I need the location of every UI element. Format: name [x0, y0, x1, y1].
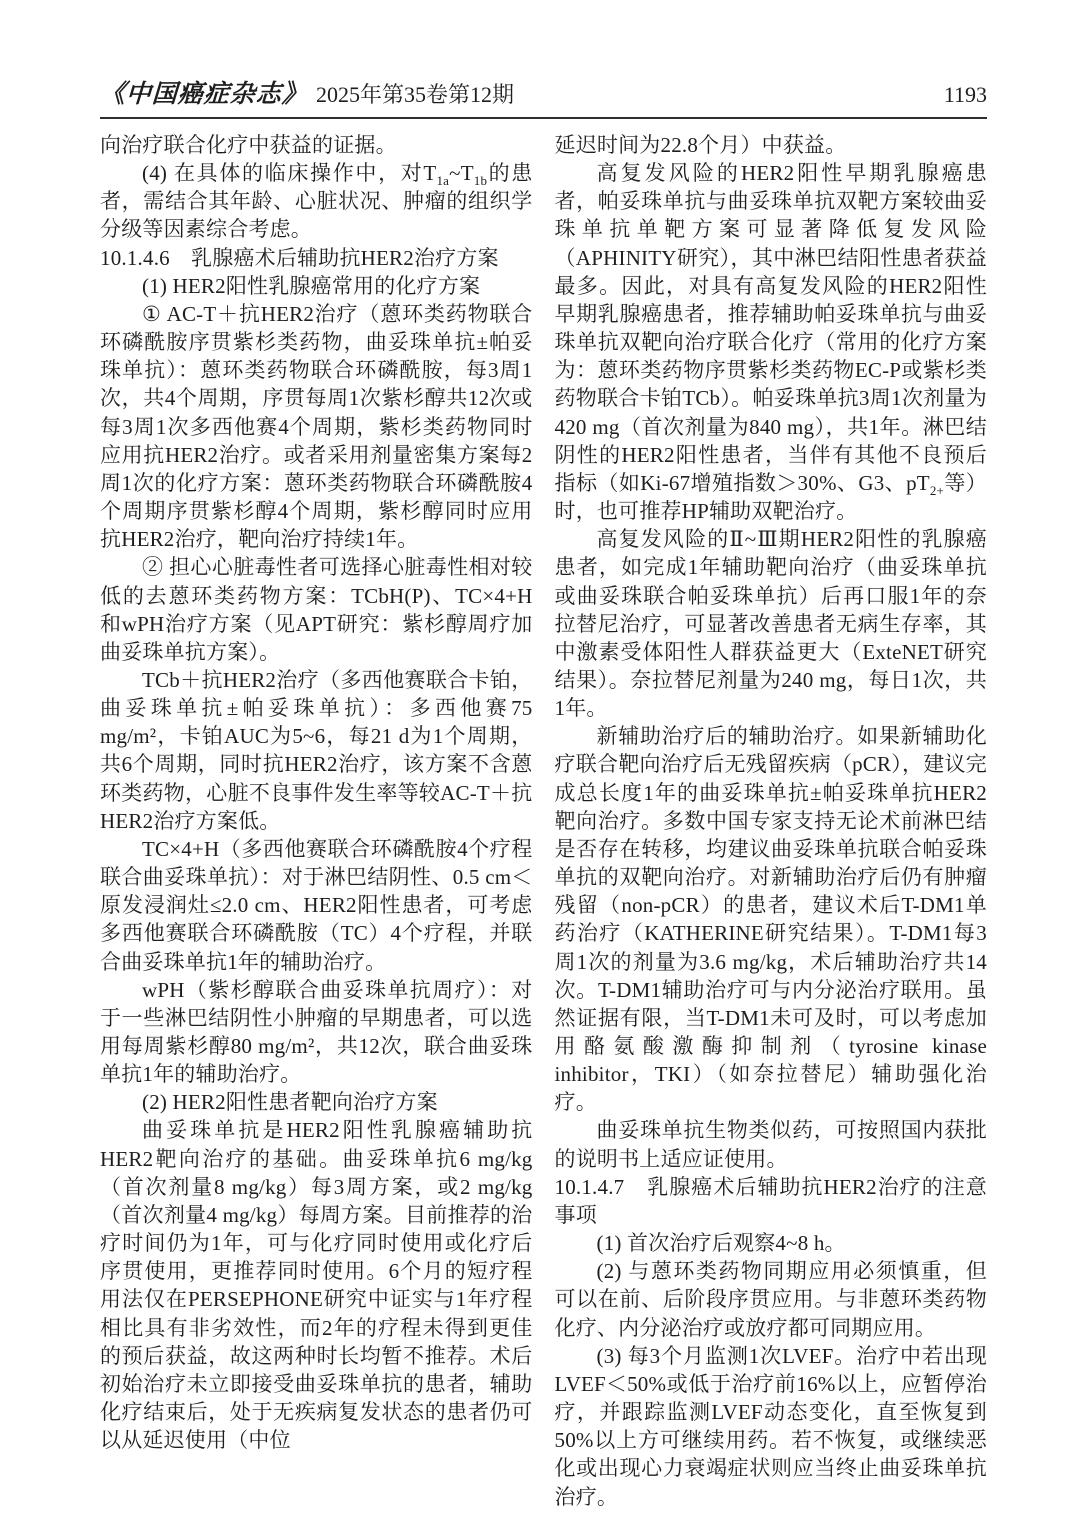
journal-page: 《中国癌症杂志》 2025年第35卷第12期 1193 向治疗联合化疗中获益的证… — [0, 0, 1080, 1515]
paragraph: (4) 在具体的临床操作中，对T1a~T1b的患者，需结合其年龄、心脏状况、肿瘤… — [100, 159, 533, 243]
paragraph: TC×4+H（多西他赛联合环磷酰胺4个疗程联合曲妥珠单抗）：对于淋巴结阴性、0.… — [100, 835, 533, 976]
paragraph: (1) HER2阳性乳腺癌常用的化疗方案 — [100, 272, 533, 300]
journal-title: 《中国癌症杂志》 — [99, 74, 309, 110]
page-header: 《中国癌症杂志》 2025年第35卷第12期 1193 — [100, 74, 987, 119]
issue-info: 2025年第35卷第12期 — [316, 78, 514, 109]
paragraph: (2) 与蒽环类药物同期应用必须慎重，但可以在前、后阶段序贯应用。与非蒽环类药物… — [555, 1257, 988, 1341]
paragraph: ② 担心心脏毒性者可选择心脏毒性相对较低的去蒽环类药物方案：TCbH(P)、TC… — [100, 553, 533, 666]
paragraph: (2) HER2阳性患者靶向治疗方案 — [100, 1088, 533, 1116]
paragraph: TCb＋抗HER2治疗（多西他赛联合卡铂，曲妥珠单抗±帕妥珠单抗）：多西他赛75… — [100, 666, 533, 835]
paragraph: (3) 每3个月监测1次LVEF。治疗中若出现LVEF＜50%或低于治疗前16%… — [555, 1342, 988, 1511]
paragraph: 曲妥珠单抗是HER2阳性乳腺癌辅助抗HER2靶向治疗的基础。曲妥珠单抗6 mg/… — [100, 1116, 533, 1454]
running-head: 《中国癌症杂志》 2025年第35卷第12期 1193 — [100, 74, 987, 110]
paragraph: 高复发风险的HER2阳性早期乳腺癌患者，帕妥珠单抗与曲妥珠单抗双靶方案较曲妥珠单… — [555, 159, 988, 525]
article-body: 向治疗联合化疗中获益的证据。 (4) 在具体的临床操作中，对T1a~T1b的患者… — [100, 131, 987, 1511]
paragraph: wPH（紫杉醇联合曲妥珠单抗周疗）：对于一些淋巴结阴性小肿瘤的早期患者，可以选用… — [100, 976, 533, 1089]
page-number: 1193 — [944, 82, 987, 108]
paragraph: 曲妥珠单抗生物类似药，可按照国内获批的说明书上适应证使用。 — [555, 1116, 988, 1172]
paragraph: 高复发风险的Ⅱ~Ⅲ期HER2阳性的乳腺癌患者，如完成1年辅助靶向治疗（曲妥珠单抗… — [555, 525, 988, 722]
section-heading-10-1-4-6: 10.1.4.6 乳腺癌术后辅助抗HER2治疗方案 — [100, 244, 533, 272]
header-rule — [100, 117, 987, 119]
left-column: 向治疗联合化疗中获益的证据。 (4) 在具体的临床操作中，对T1a~T1b的患者… — [100, 131, 533, 1511]
paragraph: 新辅助治疗后的辅助治疗。如果新辅助化疗联合靶向治疗后无残留疾病（pCR），建议完… — [555, 722, 988, 1116]
right-column: 延迟时间为22.8个月）中获益。 高复发风险的HER2阳性早期乳腺癌患者，帕妥珠… — [555, 131, 988, 1511]
paragraph: (1) 首次治疗后观察4~8 h。 — [555, 1229, 988, 1257]
paragraph-continuation: 延迟时间为22.8个月）中获益。 — [555, 131, 988, 159]
section-heading-10-1-4-7: 10.1.4.7 乳腺癌术后辅助抗HER2治疗的注意事项 — [555, 1173, 988, 1229]
paragraph: ① AC-T＋抗HER2治疗（蒽环类药物联合环磷酰胺序贯紫杉类药物，曲妥珠单抗±… — [100, 300, 533, 553]
paragraph-continuation: 向治疗联合化疗中获益的证据。 — [100, 131, 533, 159]
